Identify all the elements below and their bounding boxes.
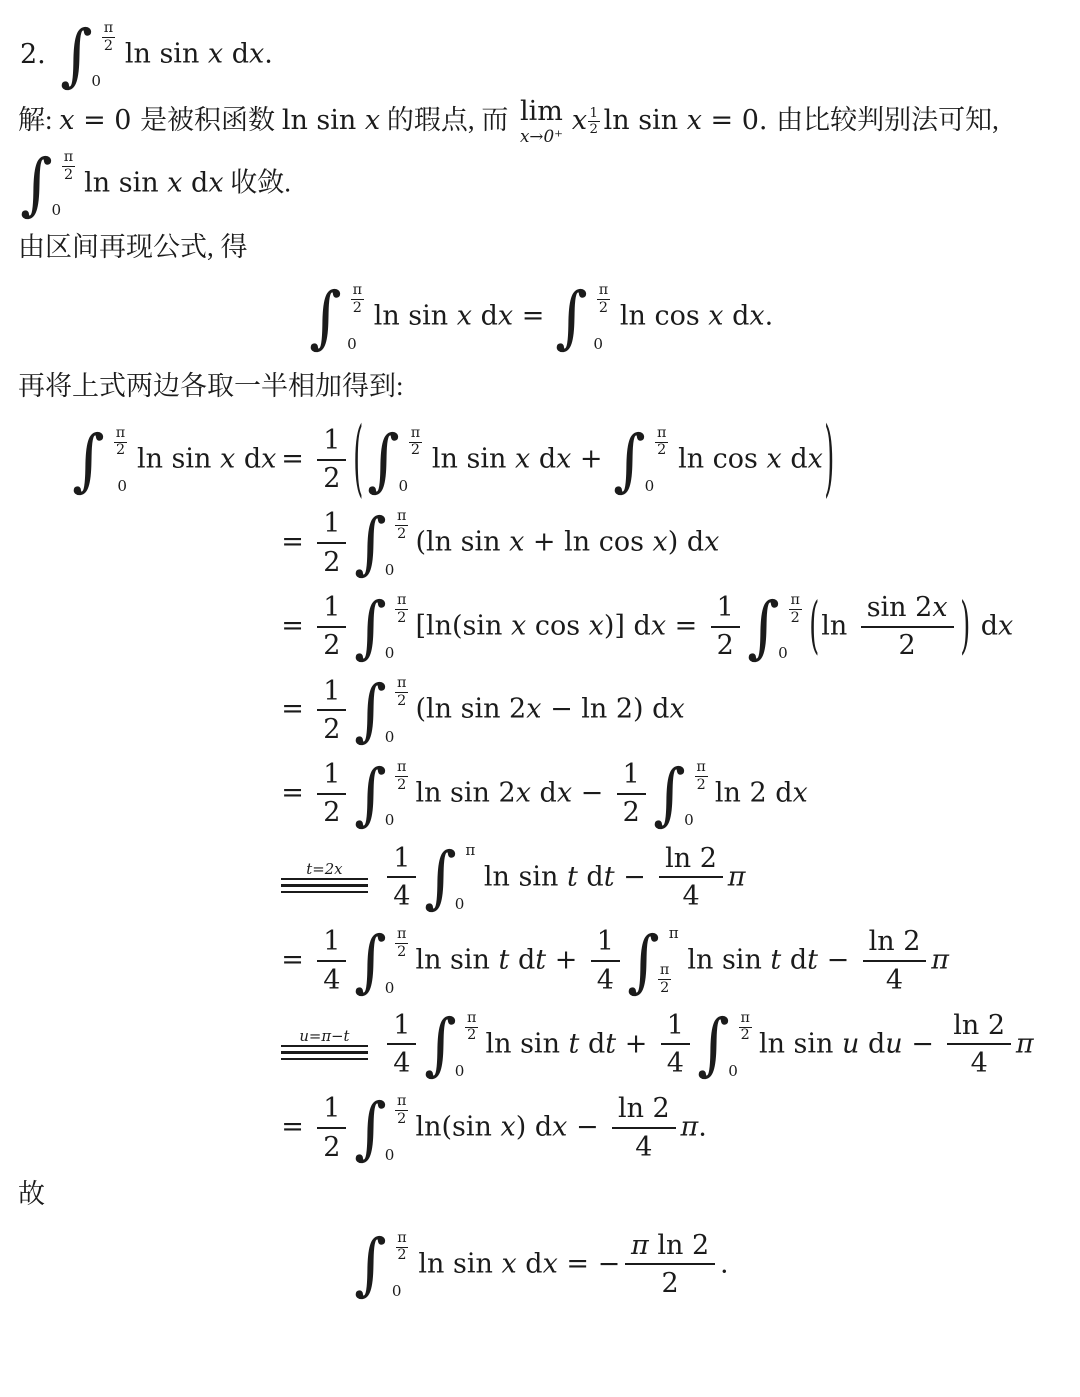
math-variable: x bbox=[208, 167, 223, 198]
derivation-row: = 12∫π20(ln sin x + ln cos x) dx bbox=[70, 501, 1034, 585]
fraction: 12 bbox=[317, 676, 346, 745]
equals-bar bbox=[281, 884, 367, 887]
derivation-rhs: = 12∫π20(ln sin 2x − ln 2) dx bbox=[281, 668, 1033, 752]
integral-bounds: π20 bbox=[387, 508, 408, 578]
numerator: 1 bbox=[317, 592, 346, 628]
numerator: π bbox=[789, 593, 802, 610]
math-variable: u bbox=[885, 1028, 902, 1059]
substitution-label: t=2x bbox=[281, 862, 367, 881]
integral-sign: ∫ bbox=[61, 23, 93, 87]
math-text: = bbox=[281, 610, 312, 641]
math-text: ln sin bbox=[484, 861, 567, 892]
integral-bounds: π20 bbox=[387, 592, 408, 662]
substitution-label: u=π−t bbox=[281, 1029, 367, 1048]
integral-sign: ∫ bbox=[354, 1232, 386, 1296]
math-text: + ln cos bbox=[524, 527, 652, 558]
fraction: ln 24 bbox=[612, 1093, 676, 1162]
math-text: ln sin bbox=[415, 944, 498, 975]
denominator: 2 bbox=[397, 610, 406, 626]
math-text: − ln 2) d bbox=[541, 694, 669, 725]
denominator: 2 bbox=[411, 443, 420, 459]
stacked-fraction: π2 bbox=[695, 760, 708, 793]
fraction: 14 bbox=[661, 1010, 690, 1079]
integral-bounds: π20 bbox=[54, 149, 75, 219]
integral-sign: ∫ bbox=[627, 929, 659, 993]
integral: ∫π20 bbox=[366, 425, 422, 495]
integral-lower-bound: 0 bbox=[398, 479, 421, 494]
integral-bounds: π20 bbox=[387, 1230, 408, 1300]
math-text: d bbox=[223, 38, 249, 69]
math-text: )] d bbox=[604, 610, 651, 641]
integral-sign: ∫ bbox=[614, 428, 646, 492]
numerator: π bbox=[465, 1011, 478, 1028]
integral-bounds: π20 bbox=[387, 1093, 408, 1163]
math-variable: x bbox=[365, 105, 380, 136]
integral-lower-bound: 0 bbox=[778, 646, 801, 661]
math-text: d bbox=[517, 1248, 543, 1279]
math-text: . bbox=[264, 38, 273, 69]
numerator: 1 bbox=[317, 676, 346, 712]
denominator: 2 bbox=[353, 300, 362, 316]
math-variable: x bbox=[556, 443, 571, 474]
integral-lower-bound: 0 bbox=[385, 563, 408, 578]
numerator: ln 2 bbox=[863, 926, 927, 962]
numerator: π bbox=[695, 760, 708, 777]
integral: ∫π20 bbox=[353, 759, 409, 829]
numerator: π bbox=[395, 1094, 408, 1111]
stacked-fraction: π2 bbox=[351, 283, 364, 316]
stacked-fraction: π2 bbox=[655, 426, 668, 459]
chinese-text: 收敛. bbox=[224, 167, 292, 197]
half-sum-lead-in: 再将上式两边各取一半相加得到: bbox=[18, 366, 1062, 408]
therefore-label: 故 bbox=[18, 1174, 1062, 1216]
math-text: ) d bbox=[668, 527, 704, 558]
fraction: 14 bbox=[591, 926, 620, 995]
integral-sign: ∫ bbox=[354, 762, 386, 826]
numerator: π bbox=[597, 283, 610, 300]
numerator: π bbox=[395, 927, 408, 944]
denominator: 2 bbox=[657, 443, 666, 459]
numerator: π bbox=[395, 593, 408, 610]
denominator: 4 bbox=[971, 1045, 988, 1079]
stacked-fraction: π2 bbox=[102, 21, 115, 54]
integral-upper-bound: π2 bbox=[395, 675, 408, 709]
derivation-rhs: = 12∫π20(ln sin x + ln cos x) dx bbox=[281, 501, 1033, 585]
derivation-row: ∫π20ln sin x dx= 12(∫π20ln sin x dx + ∫π… bbox=[70, 418, 1034, 502]
integral: ∫π20 bbox=[19, 149, 75, 219]
denominator: 4 bbox=[682, 878, 699, 912]
derivation-lhs: ∫π20ln sin x dx bbox=[70, 418, 281, 502]
integral-upper-bound: π2 bbox=[597, 282, 610, 316]
math-variable: π bbox=[728, 861, 746, 892]
math-text: d bbox=[724, 301, 750, 332]
derivation-rhs: u=π−t14∫π20ln sin t dt + 14∫π20ln sin u … bbox=[281, 1003, 1033, 1087]
math-text: ln sin bbox=[485, 1028, 568, 1059]
integral: ∫π20 bbox=[353, 1230, 409, 1300]
integral: ∫ππ2 bbox=[626, 926, 679, 996]
integral-bounds: π20 bbox=[387, 926, 408, 996]
derivation-rows: ∫π20ln sin x dx= 12(∫π20ln sin x dx + ∫π… bbox=[70, 418, 1034, 1170]
chinese-text: 的瑕点, 而 bbox=[380, 105, 515, 135]
math-text: d bbox=[972, 610, 998, 641]
integral-bounds: π20 bbox=[401, 425, 422, 495]
numerator: 1 bbox=[387, 1010, 416, 1046]
integral-sign: ∫ bbox=[354, 678, 386, 742]
math-text: d bbox=[531, 777, 557, 808]
denominator: 4 bbox=[393, 1045, 410, 1079]
integral-lower-bound: 0 bbox=[645, 479, 668, 494]
math-variable: x bbox=[509, 527, 524, 558]
math-text: − bbox=[615, 861, 655, 892]
math-variable: x bbox=[516, 777, 531, 808]
math-variable: π bbox=[681, 1111, 699, 1142]
integral: ∫π20 bbox=[353, 592, 409, 662]
fraction: 14 bbox=[317, 926, 346, 995]
derivation-rhs: = 12∫π20[ln(sin x cos x)] dx = 12∫π20(ln… bbox=[281, 585, 1033, 669]
integral: ∫π20 bbox=[353, 926, 409, 996]
denominator: 4 bbox=[597, 962, 614, 996]
derivation-rhs: = 12∫π20ln(sin x) dx − ln 24π. bbox=[281, 1086, 1033, 1170]
integral-sign: ∫ bbox=[354, 595, 386, 659]
integral-upper-bound: π2 bbox=[395, 592, 408, 626]
math-variable: x bbox=[653, 527, 668, 558]
problem-statement: 2. ∫π20ln sin x dx. bbox=[20, 20, 1062, 90]
math-variable: x bbox=[793, 777, 808, 808]
denominator: 2 bbox=[590, 122, 598, 137]
numerator: π bbox=[395, 760, 408, 777]
interval-formula-lead-in: 由区间再现公式, 得 bbox=[18, 227, 1062, 269]
integral-lower-bound: 0 bbox=[385, 646, 408, 661]
numerator: ln 2 bbox=[659, 843, 723, 879]
math-variable: t bbox=[605, 1028, 616, 1059]
math-text: = − bbox=[558, 1248, 620, 1279]
fraction: ln 24 bbox=[863, 926, 927, 995]
integral-lower-bound: 0 bbox=[455, 1064, 478, 1079]
derivation-lhs bbox=[70, 836, 281, 920]
derivation-lhs bbox=[70, 585, 281, 669]
denominator: 2 bbox=[323, 628, 340, 662]
math-text: = bbox=[281, 527, 312, 558]
chinese-text: 是被积函数 bbox=[140, 105, 282, 135]
derivation-lhs bbox=[70, 1086, 281, 1170]
math-text: ln sin bbox=[125, 38, 208, 69]
fraction: sin 2x2 bbox=[861, 592, 954, 661]
integral-lower-bound: 0 bbox=[385, 1284, 408, 1299]
math-text: d bbox=[578, 861, 604, 892]
integral: ∫π20 bbox=[353, 508, 409, 578]
big-paren: ) bbox=[960, 596, 970, 658]
stacked-fraction: π2 bbox=[395, 1094, 408, 1127]
denominator: 2 bbox=[397, 526, 406, 542]
integral-sign: ∫ bbox=[354, 1096, 386, 1160]
denominator: 2 bbox=[104, 38, 113, 54]
math-variable: x bbox=[767, 443, 782, 474]
page: 2. ∫π20ln sin x dx. 解: x = 0 是被积函数 ln si… bbox=[0, 0, 1080, 1397]
integral-sign: ∫ bbox=[354, 929, 386, 993]
denominator: 2 bbox=[717, 628, 734, 662]
problem-integral: ∫π20ln sin x dx. bbox=[58, 20, 273, 90]
derivation-rhs: t=2x14∫π0ln sin t dt − ln 24π bbox=[281, 836, 1033, 920]
math-text: d bbox=[859, 1028, 885, 1059]
math-text: (ln sin bbox=[415, 527, 509, 558]
integral-lower-bound: 0 bbox=[104, 479, 127, 494]
math-text: = bbox=[666, 610, 706, 641]
fraction: π ln 22 bbox=[625, 1230, 715, 1299]
integral-sign: ∫ bbox=[747, 595, 779, 659]
integral: ∫π20 bbox=[423, 1010, 479, 1080]
integral-bounds: π20 bbox=[780, 592, 801, 662]
superscript: 12 bbox=[588, 103, 600, 137]
numerator: π bbox=[739, 1011, 752, 1028]
math-text: [ln(sin bbox=[415, 610, 511, 641]
numerator: 1 bbox=[317, 1093, 346, 1129]
numerator: π bbox=[396, 1231, 409, 1248]
fraction: 12 bbox=[617, 759, 646, 828]
integral-bounds: π20 bbox=[647, 425, 668, 495]
denominator: 4 bbox=[323, 962, 340, 996]
equals-bar bbox=[281, 891, 367, 894]
integral: ∫π20 bbox=[652, 759, 708, 829]
stacked-fraction: π2 bbox=[465, 1011, 478, 1044]
derivation-row: t=2x14∫π0ln sin t dt − ln 24π bbox=[70, 836, 1034, 920]
math-variable: x bbox=[998, 610, 1013, 641]
numerator: π bbox=[409, 426, 422, 443]
stacked-fraction: π2 bbox=[396, 1231, 409, 1264]
integral-upper-bound: π2 bbox=[395, 759, 408, 793]
integral-upper-bound: π2 bbox=[396, 1230, 409, 1264]
fraction: 12 bbox=[711, 592, 740, 661]
math-variable: x bbox=[708, 301, 723, 332]
math-text: d bbox=[509, 944, 535, 975]
denominator: 2 bbox=[662, 1265, 679, 1299]
integral-upper-bound: π2 bbox=[62, 149, 75, 183]
integral-upper-bound: π2 bbox=[395, 1093, 408, 1127]
math-variable: x bbox=[749, 301, 764, 332]
numerator: 1 bbox=[588, 107, 600, 123]
integral: ∫π20 bbox=[59, 20, 115, 90]
derivation-rhs: = 14∫π20ln sin t dt + 14∫ππ2ln sin t dt … bbox=[281, 919, 1033, 1003]
solution-intro-paragraph: 解: x = 0 是被积函数 ln sin x 的瑕点, 而 limx→0⁺x1… bbox=[18, 98, 1062, 219]
math-variable: x bbox=[261, 443, 276, 474]
math-text: + bbox=[546, 944, 586, 975]
numerator: 1 bbox=[317, 508, 346, 544]
math-variable: π bbox=[931, 944, 949, 975]
derivation-row: = 12∫π20ln(sin x) dx − ln 24π. bbox=[70, 1086, 1034, 1170]
math-variable: x bbox=[500, 1111, 515, 1142]
integral-upper-bound: π2 bbox=[351, 282, 364, 316]
integral: ∫π20 bbox=[353, 675, 409, 745]
integral-upper-bound: π2 bbox=[114, 425, 127, 459]
stacked-fraction: 12 bbox=[588, 107, 600, 137]
numerator: 1 bbox=[591, 926, 620, 962]
integral-lower-bound: 0 bbox=[684, 813, 707, 828]
math-variable: x bbox=[572, 105, 587, 136]
math-text: = bbox=[281, 777, 312, 808]
integral-upper-bound: π2 bbox=[739, 1010, 752, 1044]
stacked-fraction: π2 bbox=[395, 676, 408, 709]
math-text: − bbox=[818, 944, 858, 975]
labeled-equals: u=π−t bbox=[281, 1029, 367, 1061]
denominator: 2 bbox=[741, 1028, 750, 1044]
integral-sign: ∫ bbox=[556, 285, 588, 349]
math-variable: x bbox=[552, 1111, 567, 1142]
math-variable: t bbox=[567, 861, 578, 892]
numerator: sin 2x bbox=[861, 592, 954, 628]
math-variable: t bbox=[604, 861, 615, 892]
labeled-equals: t=2x bbox=[281, 862, 367, 894]
math-text: = bbox=[281, 1111, 312, 1142]
interval-reproduction-equation: ∫π20ln sin x dx = ∫π20ln cos x dx. bbox=[18, 282, 1062, 352]
math-variable: x bbox=[59, 105, 74, 136]
integral-lower-bound: 0 bbox=[385, 981, 408, 996]
integral: ∫π20 bbox=[746, 592, 802, 662]
math-variable: π bbox=[1016, 1028, 1034, 1059]
integral-sign: ∫ bbox=[354, 511, 386, 575]
fraction: 12 bbox=[317, 759, 346, 828]
big-paren: ) bbox=[825, 418, 835, 502]
numerator: 1 bbox=[617, 759, 646, 795]
integral-upper-bound: π2 bbox=[465, 1010, 478, 1044]
equals-bar bbox=[281, 1051, 367, 1054]
denominator: 4 bbox=[393, 878, 410, 912]
math-variable: t bbox=[807, 944, 818, 975]
numerator: π bbox=[102, 21, 115, 38]
chinese-text: 故 bbox=[18, 1179, 45, 1209]
math-text: ln sin bbox=[374, 301, 457, 332]
integral-lower-bound: 0 bbox=[52, 203, 75, 218]
denominator: 2 bbox=[791, 610, 800, 626]
limit-subscript: x→0⁺ bbox=[520, 128, 563, 145]
integral-upper-bound: π2 bbox=[395, 926, 408, 960]
math-text: d bbox=[781, 944, 807, 975]
integral-upper-bound: π2 bbox=[655, 425, 668, 459]
numerator: ln 2 bbox=[947, 1010, 1011, 1046]
integral-upper-bound: π bbox=[465, 843, 475, 858]
fraction: 12 bbox=[317, 592, 346, 661]
integral-lower-bound: π2 bbox=[658, 962, 679, 996]
big-paren: ( bbox=[353, 418, 363, 502]
math-text: − bbox=[567, 1111, 607, 1142]
math-text: ln sin bbox=[137, 443, 220, 474]
numerator: ln 2 bbox=[612, 1093, 676, 1129]
math-text: d bbox=[472, 301, 498, 332]
denominator: 2 bbox=[397, 1248, 406, 1264]
stacked-fraction: π2 bbox=[658, 963, 671, 996]
numerator: 1 bbox=[317, 425, 346, 461]
numerator: 1 bbox=[661, 1010, 690, 1046]
derivation-lhs bbox=[70, 919, 281, 1003]
denominator: 2 bbox=[323, 461, 340, 495]
math-variable: x bbox=[167, 167, 182, 198]
math-text: ln 2 bbox=[649, 1230, 709, 1261]
math-text: ln 2 d bbox=[715, 777, 793, 808]
denominator: 2 bbox=[116, 443, 125, 459]
math-text: sin 2 bbox=[867, 592, 933, 623]
math-text: cos bbox=[526, 610, 588, 641]
integral-sign: ∫ bbox=[73, 428, 105, 492]
denominator: 2 bbox=[599, 300, 608, 316]
derivation-rhs: = 12(∫π20ln sin x dx + ∫π20ln cos x dx) bbox=[281, 418, 1033, 502]
math-variable: π bbox=[631, 1230, 649, 1261]
integral: ∫π20 bbox=[353, 1093, 409, 1163]
integral-lower-bound: 0 bbox=[385, 730, 408, 745]
numerator: π bbox=[395, 676, 408, 693]
derivation-rhs: = 12∫π20ln sin 2x dx − 12∫π20ln 2 dx bbox=[281, 752, 1033, 836]
denominator: 2 bbox=[323, 544, 340, 578]
derivation-lhs bbox=[70, 501, 281, 585]
numerator: π bbox=[62, 150, 75, 167]
stacked-fraction: π2 bbox=[739, 1011, 752, 1044]
derivation-row: = 12∫π20ln sin 2x dx − 12∫π20ln 2 dx bbox=[70, 752, 1034, 836]
big-paren: ( bbox=[809, 596, 819, 658]
integral: ∫π20 bbox=[554, 282, 610, 352]
numerator: π bbox=[351, 283, 364, 300]
integral-lower-bound: 0 bbox=[340, 337, 363, 352]
integral-bounds: π20 bbox=[94, 20, 115, 90]
integral-upper-bound: π2 bbox=[102, 20, 115, 54]
limit: limx→0⁺ bbox=[520, 98, 563, 145]
math-text: ln sin bbox=[418, 1248, 501, 1279]
math-variable: x bbox=[515, 443, 530, 474]
fraction: ln 24 bbox=[947, 1010, 1011, 1079]
denominator: 2 bbox=[397, 777, 406, 793]
chinese-text: 再将上式两边各取一半相加得到: bbox=[18, 371, 404, 401]
math-text: d bbox=[182, 167, 208, 198]
math-variable: x bbox=[808, 443, 823, 474]
stacked-fraction: π2 bbox=[395, 509, 408, 542]
fraction: 12 bbox=[317, 508, 346, 577]
derivation-lhs bbox=[70, 668, 281, 752]
denominator: 4 bbox=[667, 1045, 684, 1079]
math-text: . bbox=[720, 1248, 729, 1279]
math-text: ln sin bbox=[759, 1028, 842, 1059]
math-text: ln sin bbox=[687, 944, 770, 975]
math-text: ln cos bbox=[620, 301, 708, 332]
math-variable: x bbox=[208, 38, 223, 69]
denominator: 2 bbox=[64, 167, 73, 183]
denominator: 2 bbox=[397, 1111, 406, 1127]
integral: ∫π20 bbox=[71, 425, 127, 495]
integral-bounds: π20 bbox=[457, 1010, 478, 1080]
derivation-lhs bbox=[70, 1003, 281, 1087]
math-variable: x bbox=[704, 527, 719, 558]
math-variable: x bbox=[932, 592, 947, 623]
math-text: ln cos bbox=[678, 443, 766, 474]
math-text: = bbox=[281, 944, 312, 975]
math-text: d bbox=[782, 443, 808, 474]
math-text: ln sin bbox=[282, 105, 365, 136]
math-variable: x bbox=[651, 610, 666, 641]
math-variable: x bbox=[501, 1248, 516, 1279]
math-text: − bbox=[903, 1028, 943, 1059]
fraction: 12 bbox=[317, 1093, 346, 1162]
denominator: 4 bbox=[886, 962, 903, 996]
math-text: = bbox=[513, 301, 553, 332]
integral-sign: ∫ bbox=[368, 428, 400, 492]
integral-bounds: π20 bbox=[686, 759, 707, 829]
denominator: 2 bbox=[467, 1028, 476, 1044]
math-variable: x bbox=[543, 1248, 558, 1279]
math-text: ln sin bbox=[432, 443, 515, 474]
math-variable: t bbox=[499, 944, 510, 975]
math-variable: x bbox=[526, 694, 541, 725]
integral-sign: ∫ bbox=[653, 762, 685, 826]
math-text: ln sin bbox=[604, 105, 687, 136]
math-text: + bbox=[571, 443, 611, 474]
integral-upper-bound: π bbox=[669, 926, 679, 941]
numerator: π bbox=[395, 509, 408, 526]
math-text: = 0. bbox=[702, 105, 776, 136]
